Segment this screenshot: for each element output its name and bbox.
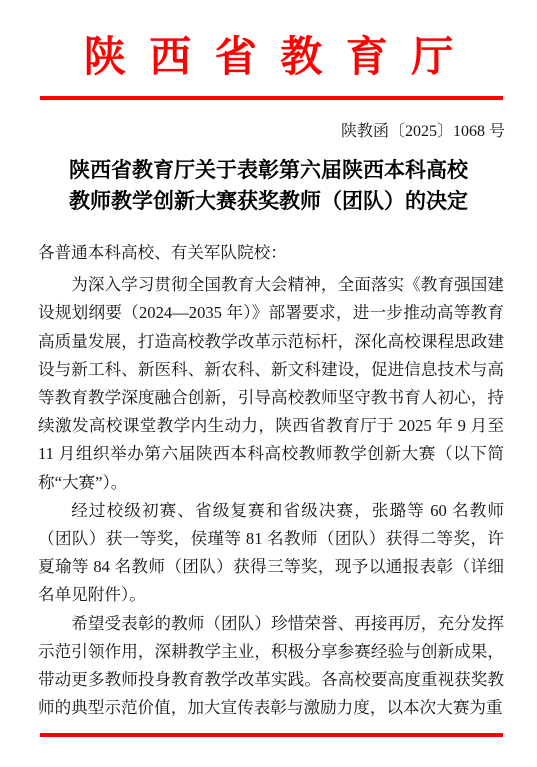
document-number: 陕教函〔2025〕1068 号 <box>341 118 505 141</box>
official-document-page: 陕西省教育厅 陕教函〔2025〕1068 号 陕西省教育厅关于表彰第六届陕西本科… <box>0 0 537 767</box>
document-body: 各普通本科高校、有关军队院校： 为深入学习贯彻全国教育大会精神，全面落实《教育强… <box>38 239 504 722</box>
body-paragraph-1: 为深入学习贯彻全国教育大会精神，全面落实《教育强国建设规划纲要（2024—203… <box>38 271 504 497</box>
document-title-line-2: 教师教学创新大赛获奖教师（团队）的决定 <box>0 186 537 217</box>
document-title: 陕西省教育厅关于表彰第六届陕西本科高校 教师教学创新大赛获奖教师（团队）的决定 <box>0 155 537 217</box>
body-paragraph-2: 经过校级初赛、省级复赛和省级决赛，张璐等 60 名教师（团队）获一等奖，侯瑾等 … <box>38 497 504 610</box>
agency-name: 陕西省教育厅 <box>0 24 537 84</box>
salutation: 各普通本科高校、有关军队院校： <box>38 239 504 267</box>
letterhead-divider <box>40 96 503 100</box>
body-paragraph-3: 希望受表彰的教师（团队）珍惜荣誉、再接再厉，充分发挥示范引领作用，深耕教学主业，… <box>38 610 504 723</box>
document-title-line-1: 陕西省教育厅关于表彰第六届陕西本科高校 <box>0 155 537 186</box>
page-bottom-divider <box>40 733 503 737</box>
